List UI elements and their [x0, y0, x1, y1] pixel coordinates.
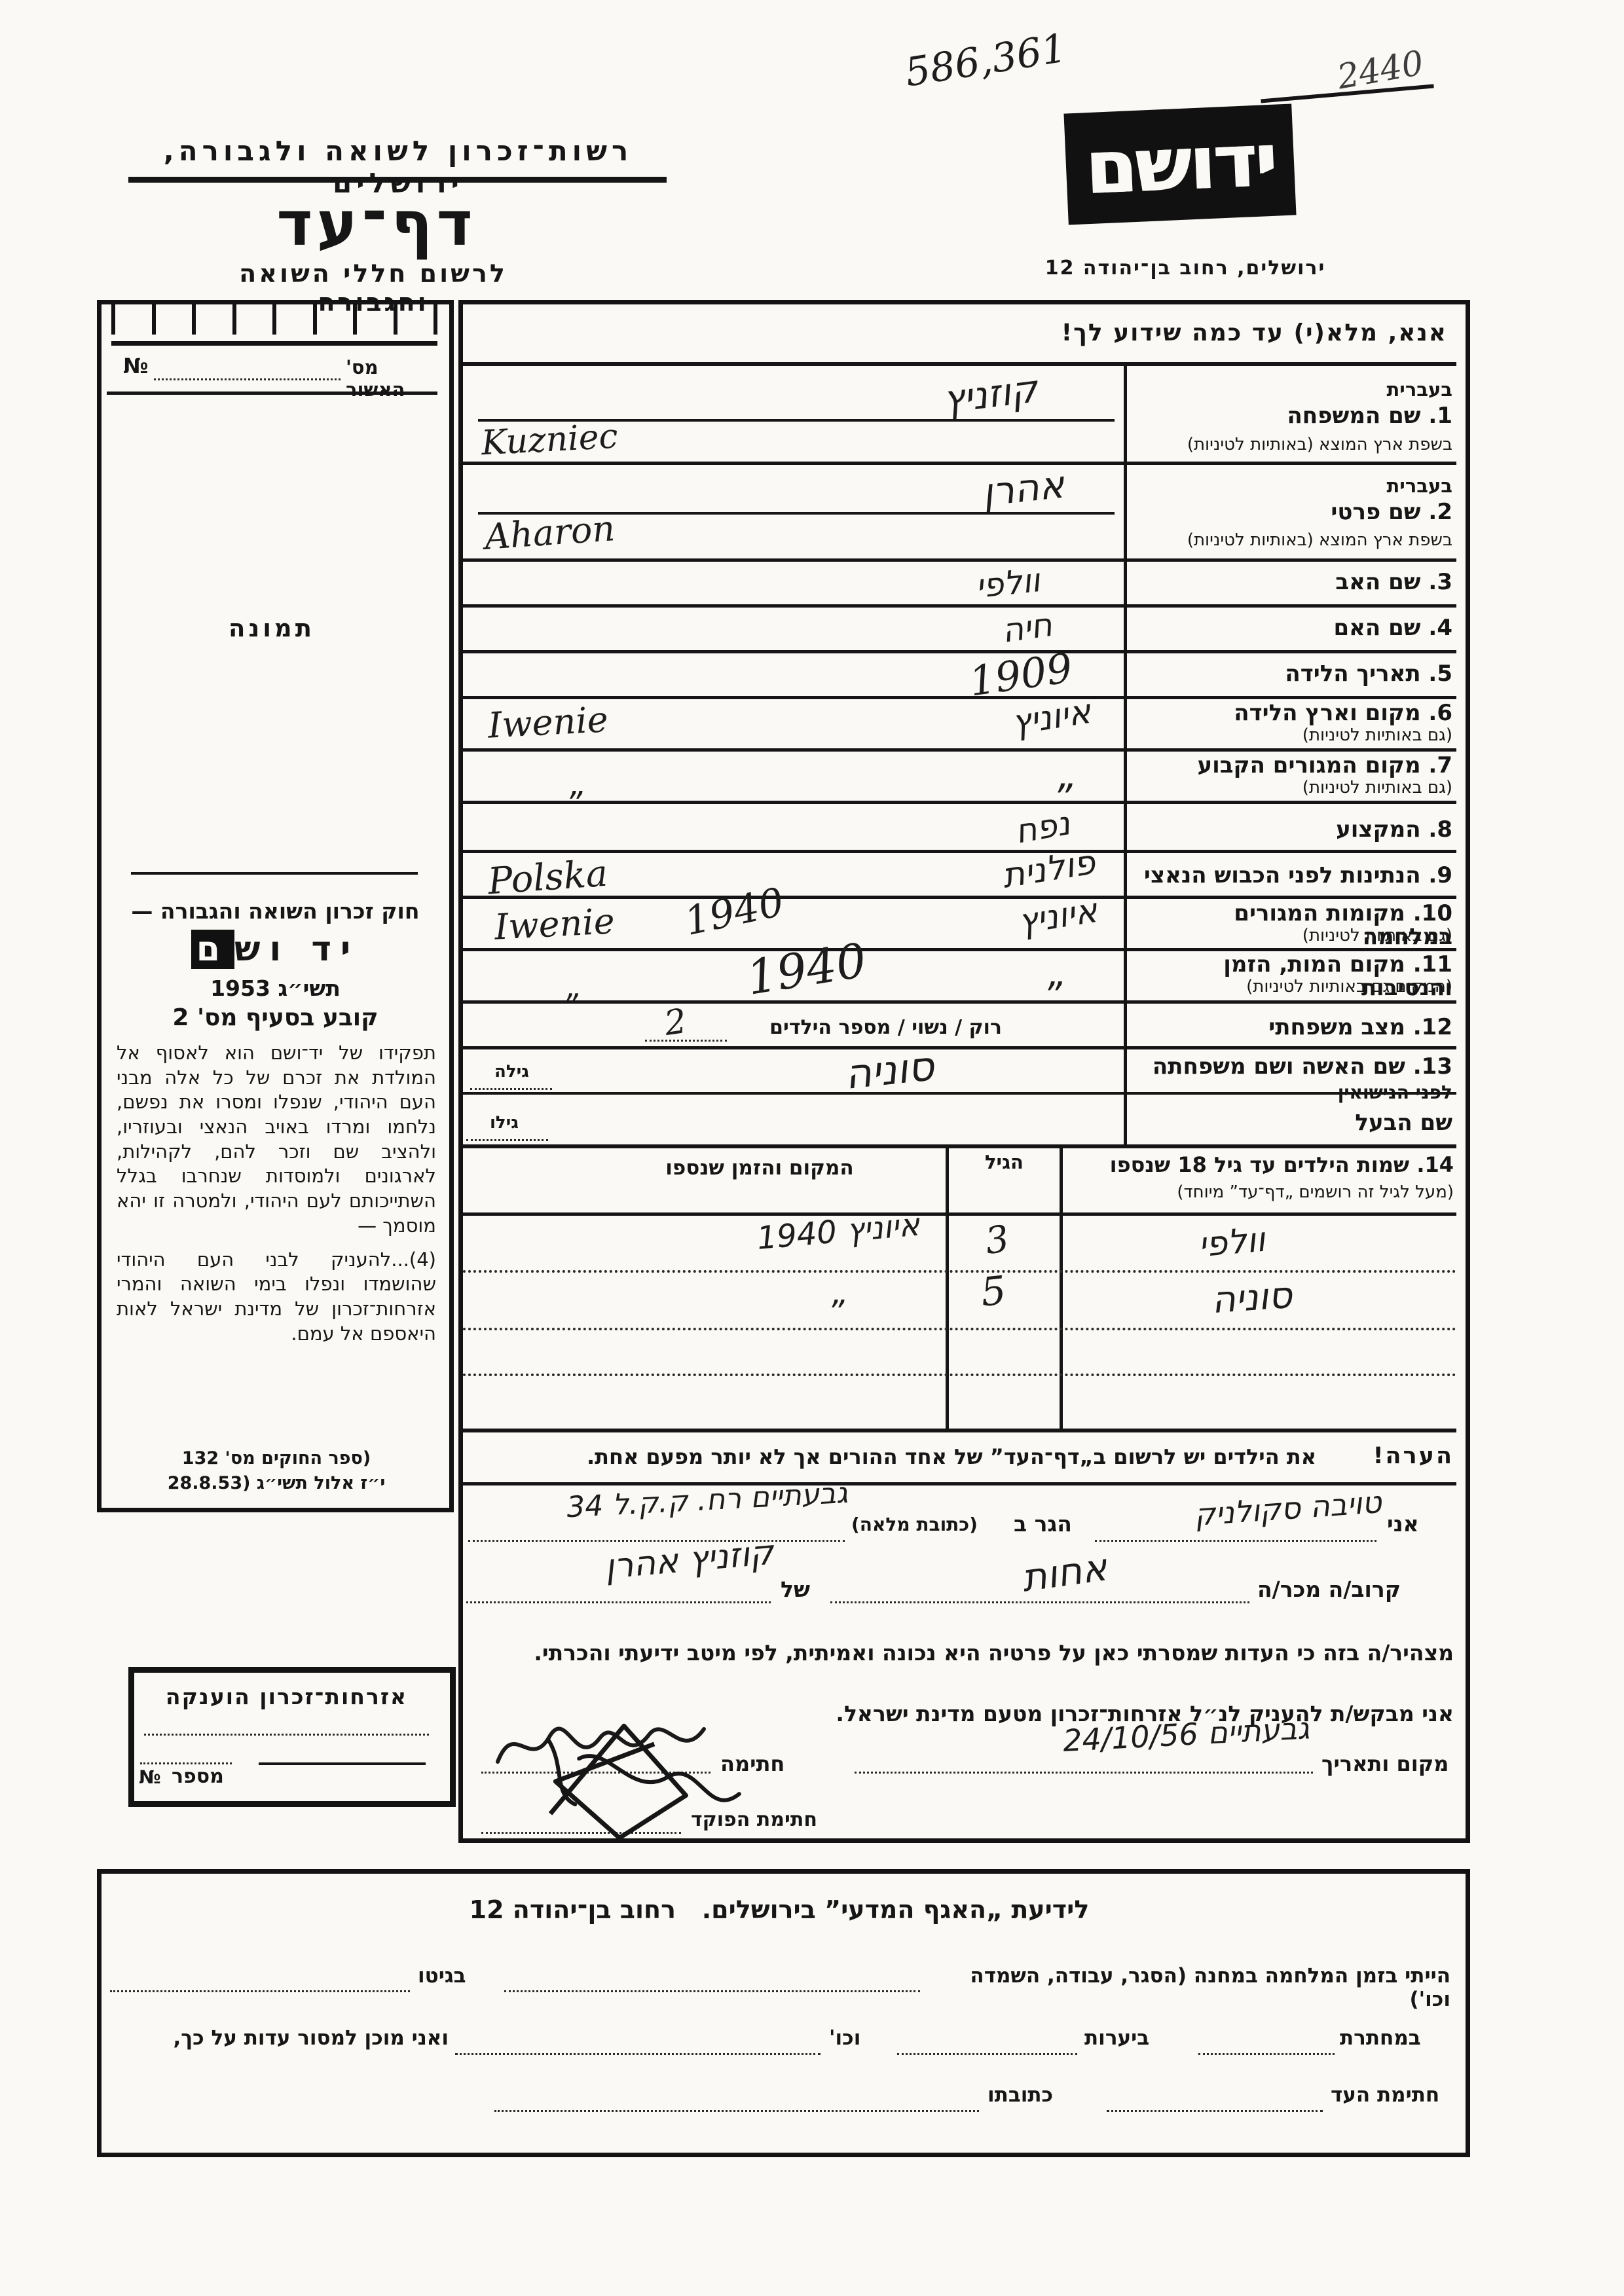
field7-ditto-left: „: [570, 765, 587, 803]
citizenship-number-label: מספר: [172, 1765, 224, 1788]
note-text: את הילדים יש לרשום ב„דף־העד” של אחד ההור…: [485, 1444, 1316, 1469]
daf-ed-testimony-page: 586,361 2440 רשות־זכרון לשואה ולגבורה, י…: [0, 0, 1624, 2296]
law-source-line1: (ספר החוקים מס' 132: [117, 1448, 436, 1468]
field4-bottom-line: [463, 650, 1456, 653]
field3-bottom-line: [463, 604, 1456, 608]
law-source-line2: י״ז אלול תשי״ג (28.8.53: [117, 1473, 436, 1493]
field11-bottom-line: [463, 1000, 1456, 1004]
field7-bottom-line: [463, 801, 1456, 804]
place-date-label: מקום ותאריך: [1321, 1751, 1449, 1776]
yad-vashem-logo-text: ידושם: [1083, 118, 1277, 211]
footer-line1-label: הייתי בזמן המלחמה במחנה (הסגר, עבודה, הש…: [927, 1964, 1450, 2011]
declaration-request: אני מבקש/ת להעניק לנ״ל אזרחות־זכרון מטעם…: [616, 1701, 1454, 1726]
law-year: תשי״ג 1953: [110, 975, 441, 1001]
field9-bottom-line: [463, 896, 1456, 899]
law-logo-text: יד ושם: [110, 930, 441, 969]
field3-label: 3. שם האב: [1139, 571, 1452, 594]
note-bottom-line: [463, 1482, 1456, 1485]
field5-bottom-line: [463, 696, 1456, 699]
law-logo-final-letter: ם: [191, 930, 234, 969]
law-heading: חוק זכרון השואה והגבורה —: [110, 898, 441, 924]
relation-line: [830, 1583, 1249, 1603]
child-row1-line: [463, 1250, 1456, 1273]
footer-witness-signature-line: [1107, 2092, 1323, 2112]
child-row3-line: [463, 1354, 1456, 1376]
footer-ghetto-line: [110, 1972, 410, 1992]
approval-no-symbol: №: [123, 354, 149, 378]
field2-sub-label: בשפת ארץ המוצא (באותיות לטיניות): [1133, 532, 1452, 549]
form-instruction: אנא, מלא(י) עד כמה שידוע לך!: [891, 319, 1447, 346]
law-section: קובע בסעיף מס' 2: [110, 1004, 441, 1031]
field2-lang-label: בעברית: [1139, 475, 1452, 497]
field6-latin-value: Iwenie: [487, 699, 609, 746]
field12-options: רוק / נשוי / מספר הילדים: [720, 1016, 1002, 1039]
field11-sub-label: (המקום גם באותיות לטיניות): [1133, 978, 1452, 996]
field13-bottom-line: [463, 1092, 1456, 1095]
footer-ready-to-testify: ואני מוכן למסור עדות על כך,: [105, 2026, 449, 2050]
address-hint-label: (כתובת מלאה): [851, 1514, 978, 1535]
photo-placeholder-label: תמונה: [193, 614, 350, 642]
resides-label: הגר ב: [1014, 1511, 1072, 1537]
footer-address-label: כתובתו: [987, 2083, 1053, 2107]
label-column-divider: [1124, 362, 1127, 1144]
field12-bottom-line: [463, 1046, 1456, 1049]
child-row2-line: [463, 1308, 1456, 1330]
husband-age-line: [466, 1121, 548, 1141]
field9-label: 9. הנתינות לפני הכבוש הנאצי: [1139, 864, 1452, 888]
field7-ditto-right: „: [1058, 753, 1077, 797]
citizenship-fill-line: [144, 1714, 429, 1736]
children-table-title-note: (מעל לגיל זה רושמים „דף־עד” מיוחד): [1071, 1182, 1454, 1202]
footer-camp-line: [504, 1972, 920, 1992]
footer-title: לידיעת „האגף המדעי” בירושלים. רחוב בן־יה…: [262, 1895, 1297, 1924]
declaration-statement: מצהיר/ה בזה כי העדות שמסרתי כאן על פרטיה…: [478, 1640, 1454, 1666]
children-table-header-line: [463, 1212, 1456, 1216]
footer-etc-label: וכו': [829, 2026, 860, 2050]
husband-name-label: שם הבעל: [1139, 1112, 1452, 1135]
children-table-title: 14. שמות הילדים עד גיל 18 שנספו: [1071, 1152, 1454, 1177]
registry-number-handwritten: 586,361: [849, 26, 1070, 105]
field13-label: 13. שם האשה ושם משפחתה: [1139, 1055, 1452, 1079]
field6-label: 6. מקום וארץ הלידה: [1139, 702, 1452, 725]
of-line: [466, 1583, 771, 1603]
field13-age-line: [470, 1070, 552, 1090]
footer-etc-line: [455, 2035, 821, 2055]
field6-bottom-line: [463, 748, 1456, 752]
field5-label: 5. תאריך הלידה: [1139, 663, 1452, 686]
children-table-top-line: [463, 1144, 1456, 1148]
field2-hebrew-value: אהרן: [980, 462, 1067, 515]
law-clause-paragraph: (4)...להעניק לבני העם היהודי שהושמדו ונפ…: [117, 1248, 436, 1347]
place-date-line: [855, 1753, 1313, 1774]
relation-label: קרוב/ה מכר/ה: [1257, 1576, 1401, 1602]
footer-underground-label: במחתרת: [1340, 2026, 1421, 2050]
field11-ditto-left: „: [566, 969, 582, 1004]
field7-label: 7. מקום המגורים הקבוע: [1139, 754, 1452, 778]
field7-sub-label: (גם באותיות לטיניות): [1133, 779, 1452, 797]
citizenship-number-line-left: [140, 1743, 232, 1764]
footer-witness-signature-label: חתימת העד: [1331, 2083, 1439, 2107]
footer-forests-label: ביערות: [1084, 2026, 1149, 2050]
field1-label: 1. שם המשפחה: [1139, 405, 1452, 428]
approval-row-divider: [107, 392, 437, 395]
children-table-vline-age-right: [1060, 1144, 1063, 1430]
children-age-column-header: הגיל: [949, 1151, 1060, 1173]
field10-latin-value: Iwenie: [493, 900, 616, 948]
yad-vashem-logo: ידושם: [1063, 103, 1296, 225]
law-logo-main: יד וש: [234, 930, 360, 969]
declaration-i-label: אני: [1387, 1511, 1419, 1537]
field3-value: וולפי: [974, 561, 1042, 606]
field11-ditto-right: „: [1048, 953, 1067, 995]
field4-label: 4. שם האם: [1139, 617, 1452, 640]
field8-bottom-line: [463, 850, 1456, 853]
form-top-divider: [463, 362, 1456, 366]
children-place-column-header: המקום והזמן שנספו: [583, 1156, 936, 1180]
law-text-paragraph: תפקידו של יד־ושם הוא לאסוף אל המולדת את …: [117, 1041, 436, 1239]
approval-number-line: [154, 359, 341, 380]
footer-ghetto-label: בגיטו: [418, 1964, 466, 1988]
filing-comb-marks: [111, 304, 437, 346]
field10-sub-label: (גם באותיות לטיניות): [1133, 927, 1452, 945]
child-row2-place: „: [832, 1273, 849, 1311]
citizenship-box-title: אזרחות־זכרון הוענקה: [138, 1684, 435, 1709]
field12-label: 12. מצב משפחתי: [1139, 1016, 1452, 1040]
logo-address: ירושלים, רחוב בן־יהודה 12: [1008, 257, 1362, 280]
field1-latin-value: Kuzniec: [481, 417, 619, 464]
field2-bottom-line: [463, 558, 1456, 562]
children-table-vline-age-left: [946, 1144, 949, 1430]
of-label: של: [781, 1576, 810, 1602]
photo-area-divider: [131, 872, 418, 875]
law-text-block: תפקידו של יד־ושם הוא לאסוף אל המולדת את …: [117, 1041, 436, 1355]
field2-label: 2. שם פרטי: [1139, 501, 1452, 524]
field6-sub-label: (גם באותיות לטיניות): [1133, 727, 1452, 744]
footer-underground-line: [1198, 2035, 1335, 2055]
field1-bottom-line: [463, 462, 1456, 465]
field1-sub-label: בשפת ארץ המוצא (באותיות לטיניות): [1133, 436, 1452, 454]
field1-lang-label: בעברית: [1139, 378, 1452, 401]
address-line: [468, 1522, 845, 1542]
note-head: הערה!: [1342, 1443, 1454, 1469]
footer-forests-line: [897, 2035, 1077, 2055]
field13-value: סוניה: [843, 1042, 936, 1099]
citizenship-number-line-right: [259, 1762, 426, 1765]
witness-name-line: [1095, 1522, 1376, 1542]
citizenship-no-symbol: №: [139, 1766, 161, 1788]
children-table-bottom-line: [463, 1429, 1456, 1432]
field8-label: 8. המקצוע: [1139, 818, 1452, 842]
footer-address-line: [494, 2092, 979, 2112]
field4-value: חיה: [999, 606, 1054, 650]
authority-underline: [128, 177, 667, 183]
form-title: דף־עד: [275, 189, 478, 260]
